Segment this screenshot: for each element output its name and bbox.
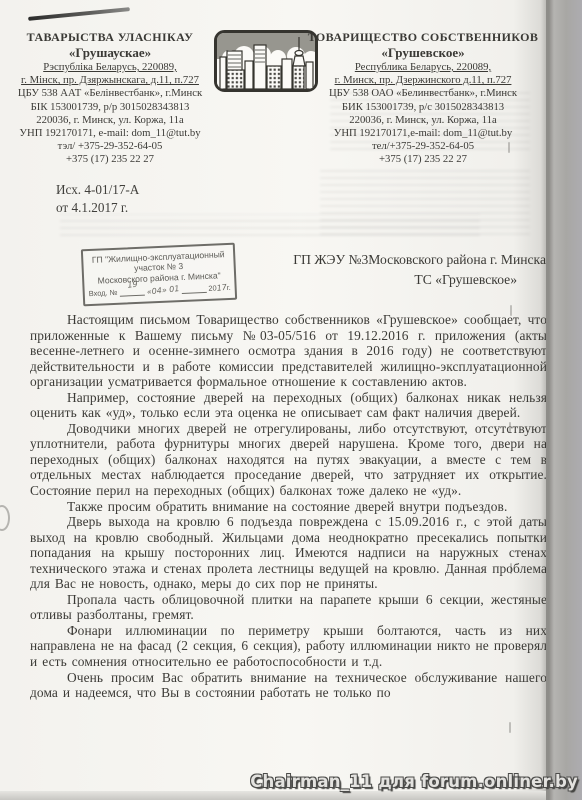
outgoing-date: от 4.1.2017 г. xyxy=(56,199,139,217)
address-line: Республика Беларусь, 220089, xyxy=(300,61,546,74)
addressee-line: ГП ЖЭУ №3Московского района г. Минска xyxy=(238,250,546,270)
bank-line: БІК 153001739, р/р 3015028343813 xyxy=(4,101,216,114)
body-paragraph: Фонари иллюминации по периметру крыши бо… xyxy=(30,623,547,670)
body-paragraph: Например, состояние дверей на переходных… xyxy=(30,390,547,421)
scanned-letter-page: ТАВАРЫСТВА УЛАСНІКАУ «Грушаускае» Рэспуб… xyxy=(0,0,546,800)
pen-stroke-artifact xyxy=(28,7,130,21)
address-line: Рэспубліка Беларусь, 220089, xyxy=(4,61,216,74)
phone-line: +375 (17) 235 22 27 xyxy=(300,153,546,166)
stamp-entry-label: Вход. № xyxy=(89,288,118,298)
handwritten-year: 17 xyxy=(216,283,227,293)
page-bottom-edge xyxy=(0,791,546,800)
phone-line: тэл/ +375-29-352-64-05 xyxy=(4,140,216,153)
address-line: 220036, г. Минск, ул. Коржа, 11а xyxy=(4,114,216,127)
org-name-ru-2: «Грушевское» xyxy=(300,45,546,61)
address-line: г. Мінск, пр. Дзяржынскага, д.11, п.727 xyxy=(4,74,216,87)
bleed-through-smudge xyxy=(60,214,480,236)
body-paragraph: Дверь выхода на кровлю 6 подъезда повреж… xyxy=(30,514,547,592)
scan-tick-artifact xyxy=(509,722,511,733)
body-paragraph: Также просим обратить внимание на состоя… xyxy=(30,499,547,515)
stamp-entry-line: Вход. № 19 «04» 01 2017г. xyxy=(89,283,231,298)
address-line: 220036, г. Минск, ул. Коржа, 11а xyxy=(300,114,546,127)
letter-body: Настоящим письмом Товарищество собственн… xyxy=(30,312,547,701)
outgoing-reference: Исх. 4-01/17-А от 4.1.2017 г. xyxy=(56,181,139,216)
bank-line: ЦБУ 538 ААТ «Белінвестбанк», г.Минск xyxy=(4,87,216,100)
email-line: УНП 192170171,e-mail: dom_11@tut.by xyxy=(300,127,546,140)
phone-line: +375 (17) 235 22 27 xyxy=(4,153,216,166)
outgoing-number: Исх. 4-01/17-А xyxy=(56,181,139,199)
scanner-background-edge xyxy=(546,0,582,800)
letterhead-russian: ТОВАРИЩЕСТВО СОБСТВЕННИКОВ «Грушевское» … xyxy=(300,30,546,167)
handwritten-date: «04» 01 xyxy=(146,284,180,297)
bank-line: ЦБУ 538 ОАО «Белинвестбанк», г.Минск xyxy=(300,87,546,100)
handwritten-number: 19 xyxy=(127,280,138,290)
letterhead-belarusian: ТАВАРЫСТВА УЛАСНІКАУ «Грушаускае» Рэспуб… xyxy=(4,30,216,167)
body-paragraph: Очень просим Вас обратить внимание на те… xyxy=(30,670,547,701)
addressee-line: ТС «Грушевское» xyxy=(238,270,546,290)
forum-watermark: Chairman_11 для forum.onliner.by xyxy=(250,772,578,791)
addressee-block: ГП ЖЭУ №3Московского района г. Минска ТС… xyxy=(238,250,546,289)
bank-line: БИК 153001739, р/с 3015028343813 xyxy=(300,101,546,114)
body-paragraph: Настоящим письмом Товарищество собственн… xyxy=(30,312,547,390)
phone-line: тел/+375-29-352-64-05 xyxy=(300,140,546,153)
org-name-by-2: «Грушаускае» xyxy=(4,45,216,61)
email-line: УНП 192170171, e-mail: dom_11@tut.by xyxy=(4,127,216,140)
address-line: г. Минск, пр. Дзержинского д.11, п.727 xyxy=(300,74,546,87)
incoming-registration-stamp: ГП "Жилищно-эксплуатационный участок № 3… xyxy=(81,243,237,307)
body-paragraph: Доводчики многих дверей не отрегулирован… xyxy=(30,421,547,499)
org-name-ru: ТОВАРИЩЕСТВО СОБСТВЕННИКОВ xyxy=(300,30,546,45)
scan-curl-artifact xyxy=(0,505,10,531)
org-name-by: ТАВАРЫСТВА УЛАСНІКАУ xyxy=(4,30,216,45)
body-paragraph: Пропала часть облицовочной плитки на пар… xyxy=(30,592,547,623)
